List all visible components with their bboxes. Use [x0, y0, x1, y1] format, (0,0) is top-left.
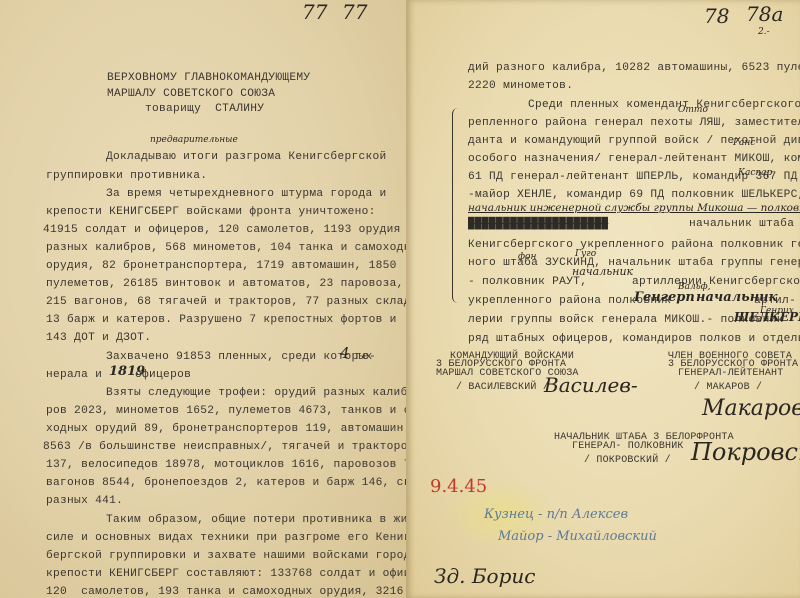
paragraph-line: крепости КЕНИГСБЕРГ войсками фронта унич… — [46, 207, 376, 218]
struck-line: ████████████████████ — [468, 219, 608, 230]
sig-line: / МАКАРОВ / — [694, 383, 762, 393]
annotation-gengerp: Генгерп — [634, 291, 695, 304]
paragraph-line: вагонов 8544, бронепоездов 2, катеров и … — [46, 478, 406, 489]
paragraph-line: Среди пленных комендант Кенигсбергского … — [528, 100, 800, 111]
sig-line: ГЕНЕРАЛ-ЛЕЙТЕНАНТ — [678, 369, 783, 379]
paragraph-line: орудия, 82 бронетранспортера, 1719 автом… — [46, 261, 397, 272]
sig-line: / ПОКРОВСКИЙ / — [584, 456, 671, 466]
right-page: 78 78а 2.- дий разного калибра, 10282 ав… — [406, 0, 800, 598]
paragraph-line: группировки противника. — [46, 171, 207, 182]
paragraph-line: 8563 /в большинстве неисправных/, тягаче… — [43, 442, 406, 453]
paragraph-line: 137, велосипедов 18978, мотоциклов 1616,… — [46, 460, 406, 471]
bottom-signature: Зд. Борис — [434, 566, 535, 586]
paragraph-line: Докладываю итоги разгрома Кенигсбергской — [106, 152, 387, 163]
paragraph-line: разных калибров, 568 минометов, 104 танк… — [46, 243, 406, 254]
paragraph-line: ров 2023, минометов 1652, пулеметов 4673… — [46, 406, 406, 417]
paragraph-line: Кенигсбергского укрепленного района полк… — [468, 240, 800, 251]
pencil-note-1: Кузнец - п/п Алексев — [484, 508, 628, 521]
paragraph-line: бергской группировки и захвате нашими во… — [46, 551, 406, 562]
pencil-note-2: Майор - Михайловский — [498, 530, 657, 543]
paragraph-line: пулеметов, 26185 винтовок и автоматов, 2… — [46, 279, 404, 290]
paragraph-line: дий разного калибра, 10282 автомашины, 6… — [468, 63, 800, 74]
handwritten-generals-count: 4 — [340, 346, 350, 361]
annotation-engineer-line: начальник инженерной службы группы Микош… — [468, 203, 800, 214]
page-number-handwritten-2: 77 — [342, 2, 367, 22]
paragraph-line: начальник штаба — [689, 219, 794, 230]
red-date-note: 9.4.45 — [430, 478, 487, 496]
paragraph-line: 143 ДОТ и ДЗОТ. — [46, 333, 151, 344]
left-page: 77 77 ВЕРХОВНОМУ ГЛАВНОКОМАНДУЮЩЕМУ МАРШ… — [0, 0, 406, 598]
margin-bracket — [452, 108, 461, 303]
sig-line: / ВАСИЛЕВСКИЙ / — [456, 383, 549, 393]
signature-makarov: Макаров — [702, 398, 800, 420]
paragraph-line: Таким образом, общие потери противника в… — [106, 515, 406, 526]
paragraph-line: 120 самолетов, 193 танка и самоходных ор… — [46, 587, 406, 598]
addressee-line-1: ВЕРХОВНОМУ ГЛАВНОКОМАНДУЮЩЕМУ — [107, 73, 310, 84]
paragraph-line: Взяты следующие трофеи: орудий разных ка… — [106, 388, 406, 399]
paragraph-line: ходных орудий 89, бронетранспортеров 119… — [46, 424, 404, 435]
handwritten-insert: предварительные — [150, 136, 238, 145]
page-number-handwritten: 77 — [302, 2, 327, 22]
paragraph-line: особого назначения/ генерал-лейтенант МИ… — [468, 154, 800, 165]
page-number-handwritten-2: 78а — [746, 4, 783, 24]
annotation-shelkerp: ШЕЛКЕРП — [734, 311, 800, 323]
addressee-line-3: товарищу СТАЛИНУ — [145, 104, 264, 115]
paragraph-line: крепости КЕНИГСБЕРГ составляют: 133768 с… — [46, 569, 406, 580]
paragraph-line: - полковник РАУТ, — [468, 277, 587, 288]
paragraph-line: 13 барж и катеров. Разрушено 7 крепостны… — [46, 315, 397, 326]
page-number-handwritten: 78 — [704, 6, 729, 26]
paragraph-line: артиллерии Кенигсбергского — [632, 277, 800, 288]
paragraph-line-hyphen: ге- — [355, 352, 376, 363]
paragraph-line: 215 вагонов, 68 тягачей и тракторов, 77 … — [46, 297, 406, 308]
paragraph-line: разных 441. — [46, 496, 123, 507]
page-sheet-mark: 2.- — [758, 28, 770, 37]
sig-line: ГЕНЕРАЛ- ПОЛКОВНИК — [572, 442, 684, 452]
paragraph-line: репленного района генерал пехоты ЛЯШ, за… — [468, 118, 800, 129]
paragraph-line: Захвачено 91853 пленных, среди которых — [106, 352, 373, 363]
annotation-hans: Ганс — [733, 139, 755, 148]
annotation-kaspar: Каспар — [738, 169, 772, 178]
signature-pokrovsky: Покровск — [691, 440, 800, 464]
paragraph-line: нерала и — [46, 370, 102, 381]
paragraph-line: 41915 солдат и офицеров, 120 самолетов, … — [43, 225, 401, 236]
signature-vasilevsky: Василев- — [544, 375, 638, 395]
paragraph-line: -майор ХЕНЛЕ, командир 69 ПД полковник Ш… — [468, 190, 800, 201]
annotation-otto: Отто — [678, 106, 708, 115]
paragraph-line: ряд штабных офицеров, командиров полков … — [468, 334, 800, 345]
addressee-line-2: МАРШАЛУ СОВЕТСКОГО СОЮЗА — [107, 89, 275, 100]
paragraph-line: силе и основных видах техники при разгро… — [46, 533, 406, 544]
paragraph-line: 2220 минометов. — [468, 81, 573, 92]
paragraph-line: За время четырехдневного штурма города и — [106, 189, 387, 200]
paragraph-line: офицеров — [135, 370, 191, 381]
paragraph-line: ного штаба ЗУСКИНД, начальник штаба груп… — [468, 258, 800, 269]
